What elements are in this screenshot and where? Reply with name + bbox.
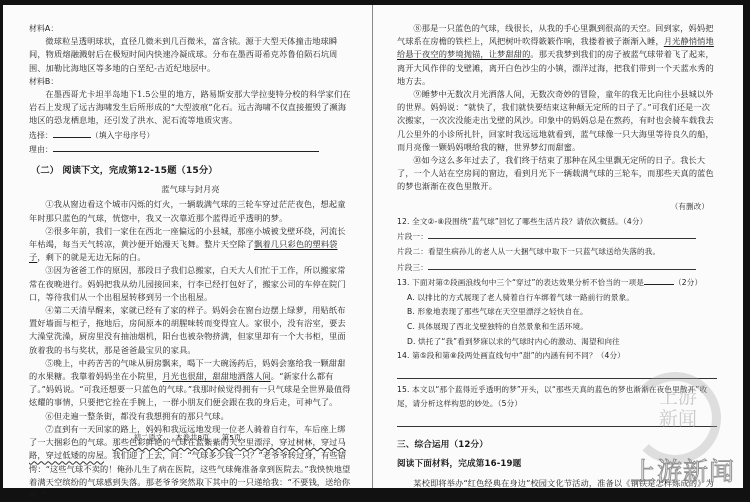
question-15: 15. 本文以“那个蓝得近乎透明的梦”开头，以“那些天真的蓝色的梦也渐渐在夜色里… — [397, 383, 717, 412]
article-title: 蓝气球与封月亮 — [29, 183, 352, 196]
paragraph-6: ⑥但走遍一整条街，都没有我想拥有的那只气球。 — [29, 410, 352, 423]
choice-hint: （填入字母序号） — [91, 131, 155, 140]
material-b-text: 在墨西哥尤卡坦半岛地下1.5公里的地方，路易斯安那大学拉斐特分校的科学家们在岩石… — [29, 88, 352, 128]
answer-blank[interactable] — [428, 260, 696, 270]
source-note: （有删改） — [397, 200, 709, 213]
question-13: 13. 下面对第⑦段画浪线句中三个“穿过”的表达效果分析不恰当的一项是（2分） — [397, 275, 717, 291]
section-three-text: 某校即将举办“红色经典在身边”校园文化节活动，准备以《钢铁是怎样炼成的》为 — [397, 477, 717, 490]
reason-blank[interactable] — [53, 142, 319, 152]
paragraph-3: ③因为爸爸工作的原因，那段日子我们总搬家，白天大人们忙于工作，所以搬家常常在夜晚… — [29, 264, 352, 304]
section-three-title: 三、综合运用（12分） — [397, 439, 717, 452]
underlined-sentence: 月光也很甜，甜甜地洒落人间 — [162, 371, 270, 381]
choice-row: 选择：（填入字母序号） — [29, 128, 352, 142]
q12-segment-3: 片段三： — [397, 260, 717, 276]
question-14: 14. 第⑤段和第⑧段两处画直线句中“甜”的内涵有何不同？（4分） — [397, 349, 717, 364]
q14-answer-line[interactable] — [397, 364, 717, 379]
choice-blank[interactable] — [53, 128, 91, 138]
material-a-label: 材料A： — [29, 22, 352, 35]
choice-label: 选择： — [29, 131, 53, 140]
reason-label: 理由： — [29, 145, 53, 154]
q12-segment-2: 片段二：看望生病孙儿的老人从一大捆气球中取下一只蓝气球送给失落的我。 — [397, 245, 717, 260]
page-footer: 初二语文 本卷共8页 第5页 — [3, 431, 372, 444]
reason-row: 理由： — [29, 142, 352, 156]
answer-blank[interactable] — [428, 229, 696, 239]
paragraph-8: ⑧那是一只蓝色的气球，线很长，从我的手心里飘到很高的天空。回到家，妈妈把气球系在… — [397, 22, 717, 88]
left-page: 材料A： 微球粒呈透明球状，直径几微米到几百微米，富含铱。源于大型天体撞击地球瞬… — [3, 5, 373, 488]
exam-paper-spread: 材料A： 微球粒呈透明球状，直径几微米到几百微米，富含铱。源于大型天体撞击地球瞬… — [3, 5, 743, 488]
material-a-text: 微球粒呈透明球状，直径几微米到几百微米，富含铱。源于大型天体撞击地球瞬间，物质熔… — [29, 35, 352, 75]
question-12: 12. 全文②-⑧段围绕“蓝气球”回忆了哪些生活片段？请依次概括。（4分） — [397, 215, 717, 230]
q13-option-d: D. 烘托了“我”看到梦寐以求的气球时内心的激动、渴望和向往 — [397, 335, 717, 350]
section-three-subtitle: 阅读下面材料，完成第16-19题 — [397, 458, 717, 471]
material-b-label: 材料B： — [29, 75, 352, 88]
paragraph-4: ④第二天清早醒来，家就已经有了家的样子。妈妈会在窗台边摆上绿萝，用贴纸布置好墙面… — [29, 304, 352, 357]
q13-option-b: B. 形象地表现了那些气球在天空里漂浮之轻快自在。 — [397, 305, 717, 320]
q12-segment-1: 片段一： — [397, 229, 717, 245]
paragraph-2: ②很多年前，我们一家住在西北一座偏远的小县城，那座小城被戈壁环绕，河流长年枯竭，… — [29, 225, 352, 265]
q13-option-c: C. 具体展现了西北戈壁独特的自然景象和生活环境。 — [397, 320, 717, 335]
section-two-title: （二） 阅读下文，完成第12-15题（15分） — [31, 164, 352, 177]
answer-blank[interactable] — [644, 275, 674, 285]
paragraph-9: ⑨睡梦中无数次月光洒落人间，无数次奇妙的冒险，童年的我无比向往小县城以外的世界。… — [397, 88, 717, 154]
paragraph-10: ⑩如今这么多年过去了，我们终于结束了那种在风尘里飘无定所的日子。我长大了，一个人… — [397, 154, 717, 194]
paragraph-5: ⑤晚上，中药苦苦的气味从厨房飘来，喝下一大碗汤药后，妈妈会塞给我一颗甜甜的水果糖… — [29, 357, 352, 410]
q15-answer-line[interactable] — [397, 412, 717, 427]
q13-option-a: A. 以排比的方式展现了老人骑着自行车绑着气球一路前行的景象。 — [397, 291, 717, 306]
right-page: ⑧那是一只蓝色的气球，线很长，从我的手心里飘到很高的天空。回到家，妈妈把气球系在… — [373, 5, 743, 488]
paragraph-1: ①我从窗边看这个城市闪烁的灯火，一辆载满气球的三轮车穿过茫茫夜色，想起童年时那只… — [29, 198, 352, 224]
